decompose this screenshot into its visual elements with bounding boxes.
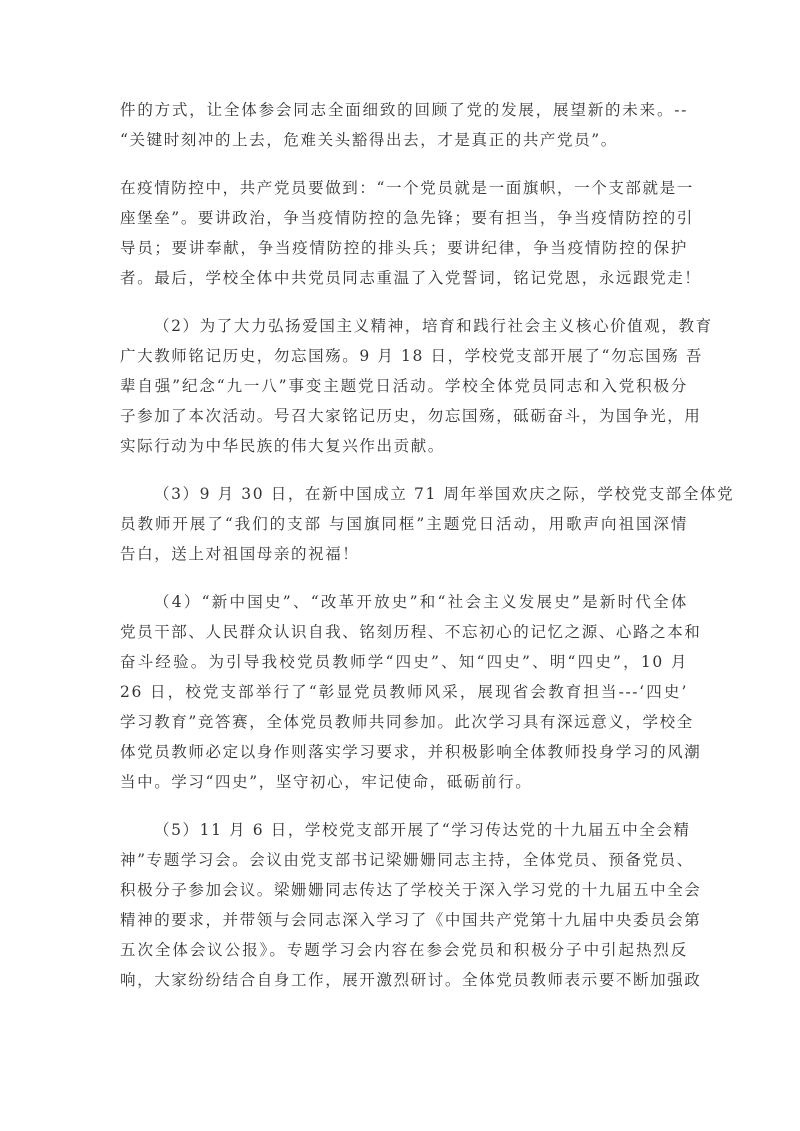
document-page: 件的方式，让全体参会同志全面细致的回顾了党的发展，展望新的未来。-- “关键时刻… xyxy=(120,95,688,1013)
text-line: 五次全体会议公报》。专题学习会内容在参会党员和积极分子中引起热烈反 xyxy=(120,935,688,965)
text-line: 者。最后，学校全体中共党员同志重温了入党誓词，铭记党恩，永远跟党走！ xyxy=(120,263,688,293)
paragraph-epidemic-prevention: 在疫情防控中，共产党员要做到：“一个党员就是一面旗帜，一个支部就是一 座堡垒”。… xyxy=(120,173,688,293)
text-line: 辈自强”纪念“九一八”事变主题党日活动。学校全体党员同志和入党积极分 xyxy=(120,371,688,401)
text-line: 告白，送上对祖国母亲的祝福！ xyxy=(120,539,688,569)
text-line: 员教师开展了“我们的支部 与国旗同框”主题党日活动，用歌声向祖国深情 xyxy=(120,509,688,539)
text-line: 体党员教师必定以身作则落实学习要求，并积极影响全体教师投身学习的风潮 xyxy=(120,737,688,767)
paragraph-continuation: 件的方式，让全体参会同志全面细致的回顾了党的发展，展望新的未来。-- “关键时刻… xyxy=(120,95,688,155)
text-line: （2）为了大力弘扬爱国主义精神，培育和践行社会主义核心价值观，教育 xyxy=(120,311,688,341)
text-line: 神”专题学习会。会议由党支部书记梁姗姗同志主持，全体党员、预备党员、 xyxy=(120,845,688,875)
text-line: 学习教育”竞答赛，全体党员教师共同参加。此次学习具有深远意义，学校全 xyxy=(120,707,688,737)
text-line: 精神的要求，并带领与会同志深入学习了《中国共产党第十九届中央委员会第 xyxy=(120,905,688,935)
text-line: （5）11 月 6 日，学校党支部开展了“学习传达党的十九届五中全会精 xyxy=(120,815,688,845)
text-line: 广大教师铭记历史，勿忘国殇。9 月 18 日，学校党支部开展了“勿忘国殇 吾 xyxy=(120,341,688,371)
text-line: 积极分子参加会议。梁姗姗同志传达了学校关于深入学习党的十九届五中全会 xyxy=(120,875,688,905)
text-line: 导员；要讲奉献，争当疫情防控的排头兵；要讲纪律，争当疫情防控的保护 xyxy=(120,233,688,263)
paragraph-item-5: （5）11 月 6 日，学校党支部开展了“学习传达党的十九届五中全会精 神”专题… xyxy=(120,815,688,995)
text-line: “关键时刻冲的上去，危难关头豁得出去，才是真正的共产党员”。 xyxy=(120,125,688,155)
text-line: （3）9 月 30 日，在新中国成立 71 周年举国欢庆之际，学校党支部全体党 xyxy=(120,479,688,509)
paragraph-item-4: （4）“新中国史”、“改革开放史”和“社会主义发展史”是新时代全体 党员干部、人… xyxy=(120,587,688,797)
text-line: 响，大家纷纷结合自身工作，展开激烈研讨。全体党员教师表示要不断加强政 xyxy=(120,965,688,995)
paragraph-item-3: （3）9 月 30 日，在新中国成立 71 周年举国欢庆之际，学校党支部全体党 … xyxy=(120,479,688,569)
text-line: 子参加了本次活动。号召大家铭记历史，勿忘国殇，砥砺奋斗，为国争光，用 xyxy=(120,401,688,431)
text-line: （4）“新中国史”、“改革开放史”和“社会主义发展史”是新时代全体 xyxy=(120,587,688,617)
paragraph-item-2: （2）为了大力弘扬爱国主义精神，培育和践行社会主义核心价值观，教育 广大教师铭记… xyxy=(120,311,688,461)
text-line: 实际行动为中华民族的伟大复兴作出贡献。 xyxy=(120,431,688,461)
text-line: 在疫情防控中，共产党员要做到：“一个党员就是一面旗帜，一个支部就是一 xyxy=(120,173,688,203)
text-line: 座堡垒”。要讲政治，争当疫情防控的急先锋；要有担当，争当疫情防控的引 xyxy=(120,203,688,233)
text-line: 件的方式，让全体参会同志全面细致的回顾了党的发展，展望新的未来。-- xyxy=(120,95,688,125)
text-line: 党员干部、人民群众认识自我、铭刻历程、不忘初心的记忆之源、心路之本和 xyxy=(120,617,688,647)
text-line: 26 日，校党支部举行了“彰显党员教师风采，展现省会教育担当---‘四史’ xyxy=(120,677,688,707)
text-line: 奋斗经验。为引导我校党员教师学“四史”、知“四史”、明“四史”，10 月 xyxy=(120,647,688,677)
text-line: 当中。学习“四史”，坚守初心，牢记使命，砥砺前行。 xyxy=(120,767,688,797)
